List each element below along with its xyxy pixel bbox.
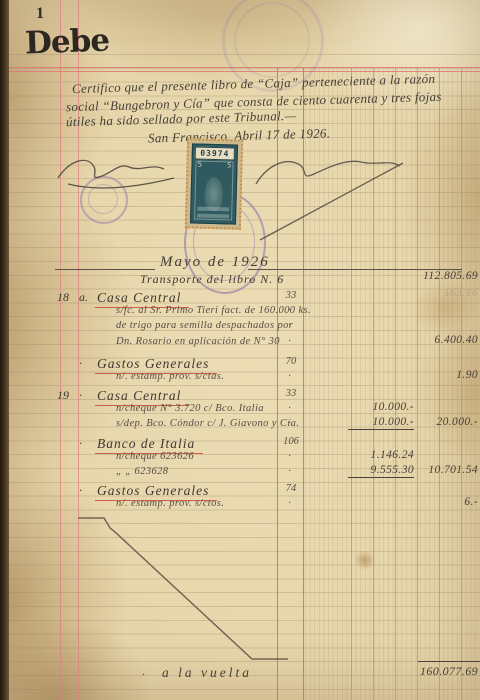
- closing-diagonal-line: [78, 518, 288, 659]
- amount-cell: 10.000.-: [348, 416, 414, 430]
- detail-text: „ „ 623628: [116, 466, 168, 477]
- detail-text: n/cheque 623626: [116, 451, 194, 462]
- mark-cell: ·: [79, 356, 82, 371]
- folio-dot: ·: [288, 320, 291, 331]
- folio-cell: 70: [279, 356, 303, 367]
- folio-cell: 33: [279, 290, 303, 301]
- page-total: 160.077.69: [417, 664, 478, 679]
- folio-cell: 74: [279, 483, 303, 494]
- folio-cell: 106: [279, 436, 303, 447]
- side-heading-debe: Debe: [24, 23, 109, 62]
- folio-dot: ·: [288, 305, 291, 316]
- ledger-row: Dn. Rosario en aplicación de N° 30 · 6.4…: [0, 336, 480, 353]
- circular-rubber-stamp-top-inner: [234, 2, 310, 78]
- ledger-row: de trigo para semilla despachados por ·: [0, 320, 480, 337]
- amount-cell: 9.555.30: [348, 464, 414, 478]
- amount-cell: 10.000.-: [348, 401, 414, 413]
- detail-text: n/cheque N° 3.720 c/ Bco. Italia: [116, 403, 264, 414]
- signature-left: [58, 160, 174, 188]
- revenue-stamp-denomination: 5: [197, 161, 202, 169]
- ledger-row: s/dep. Bco. Cóndor c/ J. Giavono y Cía. …: [0, 418, 480, 435]
- revenue-stamp-band: [197, 214, 229, 219]
- folio-dot: ·: [288, 403, 291, 414]
- revenue-stamp-band: [197, 207, 229, 212]
- amount-cell: 1.146.24: [348, 449, 414, 461]
- revenue-stamp: 03974 5 5: [185, 138, 243, 229]
- ledger-row: n/. estamp. prov. s/ctos. · 6.-: [0, 498, 480, 515]
- detail-text: de trigo para semilla despachados por: [116, 320, 293, 331]
- total-row: 160.077.69: [0, 666, 480, 683]
- mark-cell: ·: [79, 388, 82, 403]
- ledger-page: 1 Debe Certifico que el presente libro d…: [0, 0, 480, 700]
- folio-dot: ·: [288, 336, 291, 347]
- day-cell: 18: [57, 290, 69, 305]
- transport-label: Transporte del libro N. 6: [140, 272, 284, 287]
- detail-text: n/. estamp. prov. s/ctas.: [116, 371, 224, 382]
- folio-dot: ·: [288, 466, 291, 477]
- signature-right: [256, 161, 403, 240]
- transport-amount: 112.805.69: [417, 270, 478, 282]
- detail-text: n/. estamp. prov. s/ctos.: [116, 498, 224, 509]
- amount-cell: 6.400.40: [417, 334, 478, 346]
- detail-text: Dn. Rosario en aplicación de N° 30: [116, 336, 280, 347]
- amount-cell: 20.000.-: [417, 416, 478, 428]
- folio-dot: ·: [288, 418, 291, 429]
- transport-row: Transporte del libro N. 6 112.805.69: [0, 272, 480, 289]
- circular-rubber-stamp-small: [80, 176, 128, 224]
- mark-cell: ·: [79, 483, 82, 498]
- day-cell: 19: [57, 388, 69, 403]
- revenue-stamp-denomination: 5: [227, 161, 232, 169]
- page-number: 1: [36, 5, 44, 23]
- heading-rule-left: [55, 269, 155, 270]
- amount-cell: 6.-: [417, 496, 478, 508]
- circular-rubber-stamp-small-inner: [88, 184, 118, 214]
- detail-text: s/dep. Bco. Cóndor c/ J. Giavono y Cía.: [116, 418, 299, 429]
- folio-dot: ·: [288, 451, 291, 462]
- folio-dot: ·: [288, 498, 291, 509]
- revenue-stamp-body: 03974 5 5: [190, 143, 238, 224]
- mark-cell: a.: [79, 290, 88, 305]
- mark-cell: ·: [79, 436, 82, 451]
- detail-text: s/fc. al Sr. Primo Tieri fact. de 160.00…: [116, 305, 311, 316]
- ledger-row: n/. estamp. prov. s/ctas. · 1.90: [0, 371, 480, 388]
- total-rule: [418, 661, 480, 662]
- amount-cell: 1.90: [417, 369, 478, 381]
- folio-dot: ·: [288, 371, 291, 382]
- amount-cell: 10.701.54: [417, 464, 478, 476]
- folio-cell: 33: [279, 388, 303, 399]
- ledger-row: „ „ 623628 · 9.555.30 10.701.54: [0, 466, 480, 483]
- revenue-stamp-serial: 03974: [195, 146, 235, 160]
